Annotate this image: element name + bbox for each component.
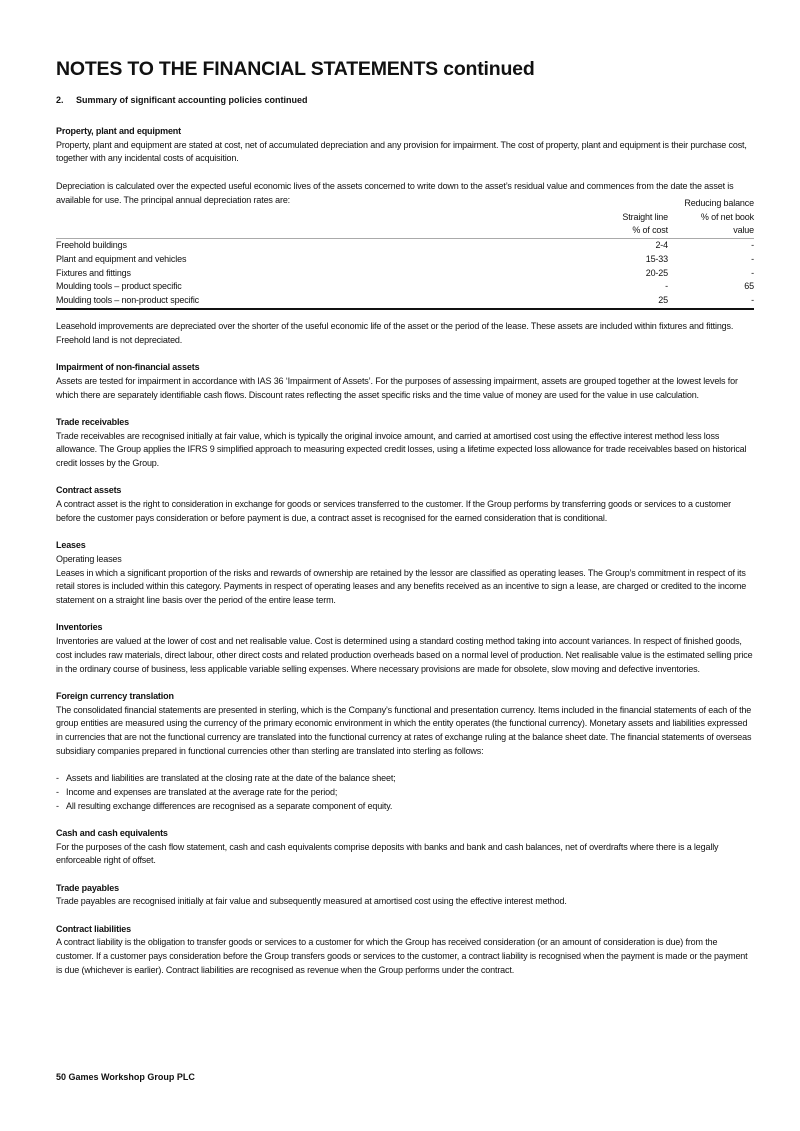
- reducing-balance-cell: -: [668, 294, 754, 309]
- straight-line-cell: 2-4: [578, 239, 668, 253]
- trade-payables-heading: Trade payables: [56, 882, 754, 896]
- straight-line-cell: 20-25: [578, 267, 668, 281]
- table-row: Freehold buildings2-4-: [56, 239, 754, 253]
- asset-class-cell: [56, 224, 578, 238]
- contract-liabilities-heading: Contract liabilities: [56, 923, 754, 937]
- impairment-text: Assets are tested for impairment in acco…: [56, 375, 754, 402]
- straight-line-cell: 15-33: [578, 253, 668, 267]
- ppe-paragraph-1: Property, plant and equipment are stated…: [56, 139, 754, 166]
- bullet-text: Assets and liabilities are translated at…: [66, 773, 396, 783]
- cash-text: For the purposes of the cash flow statem…: [56, 841, 754, 868]
- reducing-balance-cell: Reducing balance: [668, 197, 754, 211]
- foreign-currency-bullets: -Assets and liabilities are translated a…: [56, 772, 754, 813]
- table-row: Moulding tools – non-product specific25-: [56, 294, 754, 309]
- trade-receivables-heading: Trade receivables: [56, 416, 754, 430]
- bullet-dash: -: [56, 786, 59, 800]
- asset-class-cell: Freehold buildings: [56, 239, 578, 253]
- ppe-section: Property, plant and equipment Property, …: [56, 125, 754, 207]
- foreign-currency-heading: Foreign currency translation: [56, 690, 754, 704]
- bullet-text: All resulting exchange differences are r…: [66, 801, 392, 811]
- bullet-dash: -: [56, 800, 59, 814]
- straight-line-cell: [578, 197, 668, 211]
- leases-heading: Leases: [56, 539, 754, 553]
- inventories-heading: Inventories: [56, 621, 754, 635]
- foreign-currency-text: The consolidated financial statements ar…: [56, 704, 754, 759]
- impairment-heading: Impairment of non-financial assets: [56, 361, 754, 375]
- leases-subheading: Operating leases: [56, 553, 754, 567]
- depreciation-rates-table: Reducing balanceStraight line% of net bo…: [56, 197, 754, 310]
- straight-line-cell: 25: [578, 294, 668, 309]
- straight-line-cell: Straight line: [578, 211, 668, 225]
- bullet-item: -All resulting exchange differences are …: [56, 800, 754, 814]
- reducing-balance-cell: % of net book: [668, 211, 754, 225]
- asset-class-cell: Moulding tools – product specific: [56, 280, 578, 294]
- trade-receivables-text: Trade receivables are recognised initial…: [56, 430, 754, 471]
- asset-class-cell: Moulding tools – non-product specific: [56, 294, 578, 309]
- leasehold-note: Leasehold improvements are depreciated o…: [56, 320, 754, 347]
- table-row: Fixtures and fittings20-25-: [56, 267, 754, 281]
- cash-heading: Cash and cash equivalents: [56, 827, 754, 841]
- page-footer: 50 Games Workshop Group PLC: [56, 1072, 195, 1082]
- reducing-balance-cell: value: [668, 224, 754, 238]
- leases-text: Leases in which a significant proportion…: [56, 567, 754, 608]
- inventories-text: Inventories are valued at the lower of c…: [56, 635, 754, 676]
- straight-line-cell: % of cost: [578, 224, 668, 238]
- section-heading: 2.Summary of significant accounting poli…: [56, 95, 308, 105]
- reducing-balance-cell: -: [668, 253, 754, 267]
- bullet-dash: -: [56, 772, 59, 786]
- table-header-row: Straight line% of net book: [56, 211, 754, 225]
- section-title-text: Summary of significant accounting polici…: [76, 95, 308, 105]
- section-number: 2.: [56, 95, 76, 105]
- straight-line-cell: -: [578, 280, 668, 294]
- ppe-heading: Property, plant and equipment: [56, 125, 754, 139]
- table-header-row: % of costvalue: [56, 224, 754, 238]
- asset-class-cell: [56, 197, 578, 211]
- reducing-balance-cell: -: [668, 239, 754, 253]
- table-row: Moulding tools – product specific-65: [56, 280, 754, 294]
- asset-class-cell: Fixtures and fittings: [56, 267, 578, 281]
- asset-class-cell: [56, 211, 578, 225]
- page-title: NOTES TO THE FINANCIAL STATEMENTS contin…: [56, 58, 535, 81]
- bullet-text: Income and expenses are translated at th…: [66, 787, 337, 797]
- notes-body: Leasehold improvements are depreciated o…: [56, 320, 754, 978]
- table-header-row: Reducing balance: [56, 197, 754, 211]
- reducing-balance-cell: 65: [668, 280, 754, 294]
- asset-class-cell: Plant and equipment and vehicles: [56, 253, 578, 267]
- contract-assets-text: A contract asset is the right to conside…: [56, 498, 754, 525]
- bullet-item: -Income and expenses are translated at t…: [56, 786, 754, 800]
- contract-assets-heading: Contract assets: [56, 484, 754, 498]
- bullet-item: -Assets and liabilities are translated a…: [56, 772, 754, 786]
- trade-payables-text: Trade payables are recognised initially …: [56, 895, 754, 909]
- contract-liabilities-text: A contract liability is the obligation t…: [56, 936, 754, 977]
- table-row: Plant and equipment and vehicles15-33-: [56, 253, 754, 267]
- reducing-balance-cell: -: [668, 267, 754, 281]
